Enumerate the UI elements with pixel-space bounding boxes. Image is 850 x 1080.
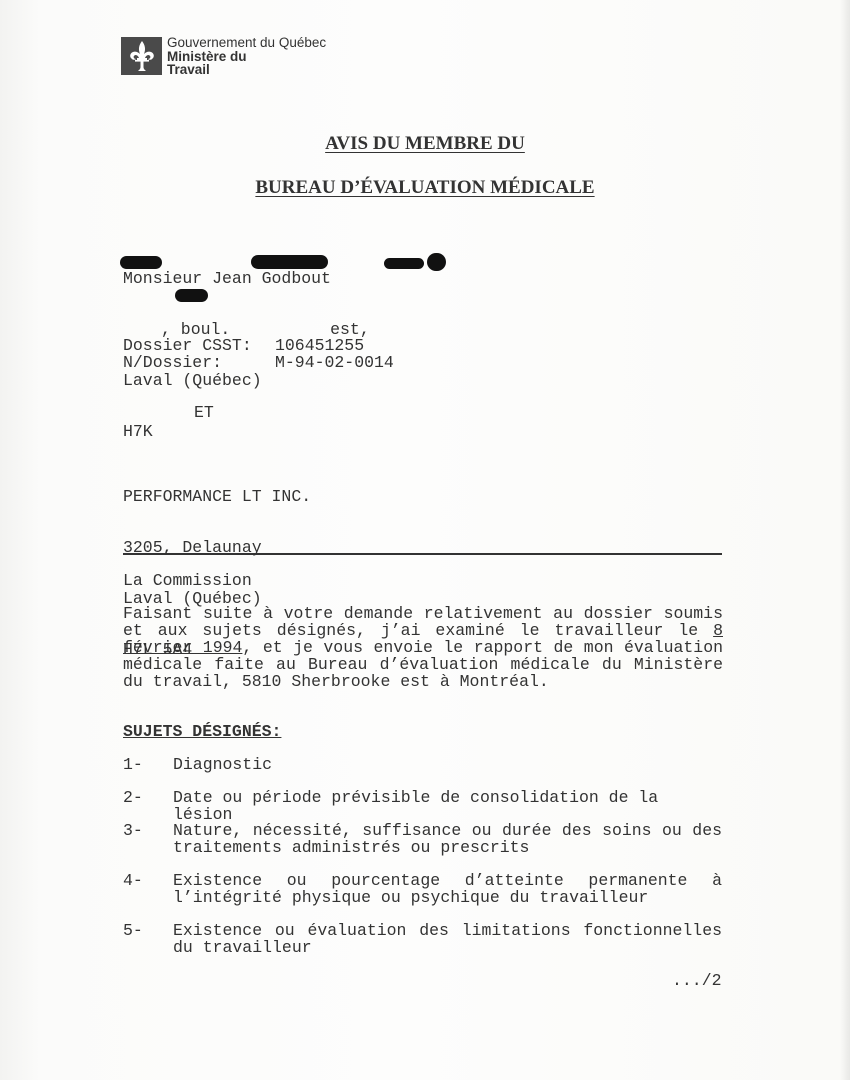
worker-name: Monsieur Jean Godbout [123, 270, 380, 287]
title-text-2: BUREAU D’ÉVALUATION MÉDICALE [255, 177, 594, 198]
csst-file-label: Dossier CSST: [123, 337, 252, 354]
subject-number: 1- [123, 756, 143, 773]
redaction-mark [427, 253, 446, 271]
body-paragraph: Faisant suite à votre demande relativeme… [123, 605, 723, 690]
subject-number: 3- [123, 822, 143, 839]
subject-text: Existence ou évaluation des limitations … [173, 922, 722, 956]
body-text-part1: Faisant suite à votre demande relativeme… [123, 604, 723, 640]
divider-line [123, 553, 722, 555]
addressee: La Commission [123, 572, 252, 589]
subject-number: 5- [123, 922, 143, 939]
ministry-name-line1: Ministère du [167, 50, 326, 64]
fleur-de-lis-icon [127, 40, 157, 72]
ministry-name-line2: Travail [167, 63, 326, 77]
worker-city: Laval (Québec) [123, 372, 380, 389]
csst-file-number: 106451255 [275, 337, 364, 354]
worker-postal: H7K [123, 423, 380, 440]
quebec-logo [121, 37, 162, 75]
subject-number: 2- [123, 789, 143, 806]
subject-text: Nature, nécessité, suffisance ou durée d… [173, 822, 722, 856]
subject-text: Existence ou pourcentage d’atteinte perm… [173, 872, 722, 906]
document-page: Gouvernement du Québec Ministère du Trav… [0, 0, 850, 1080]
page-continuation: .../2 [672, 972, 722, 989]
redaction-mark [251, 255, 328, 269]
government-name: Gouvernement du Québec [167, 36, 326, 50]
subject-text: Diagnostic [173, 756, 722, 773]
title-text-1: AVIS DU MEMBRE DU [325, 133, 525, 154]
employer-name: PERFORMANCE LT INC. [123, 488, 311, 505]
postal-prefix: H7K [123, 422, 163, 441]
document-title-line2: BUREAU D’ÉVALUATION MÉDICALE [0, 177, 850, 199]
redaction-mark [175, 289, 208, 302]
document-title-line1: AVIS DU MEMBRE DU [0, 133, 850, 155]
subject-number: 4- [123, 872, 143, 889]
subject-text: Date ou période prévisible de consolidat… [173, 789, 722, 823]
letterhead-text: Gouvernement du Québec Ministère du Trav… [167, 36, 326, 77]
subjects-heading: SUJETS DÉSIGNÉS: [123, 723, 281, 740]
conjunction-text: ET [194, 404, 214, 421]
internal-file-number: M-94-02-0014 [275, 354, 394, 371]
internal-file-label: N/Dossier: [123, 354, 222, 371]
redaction-mark [120, 256, 162, 269]
redaction-mark [384, 258, 424, 269]
